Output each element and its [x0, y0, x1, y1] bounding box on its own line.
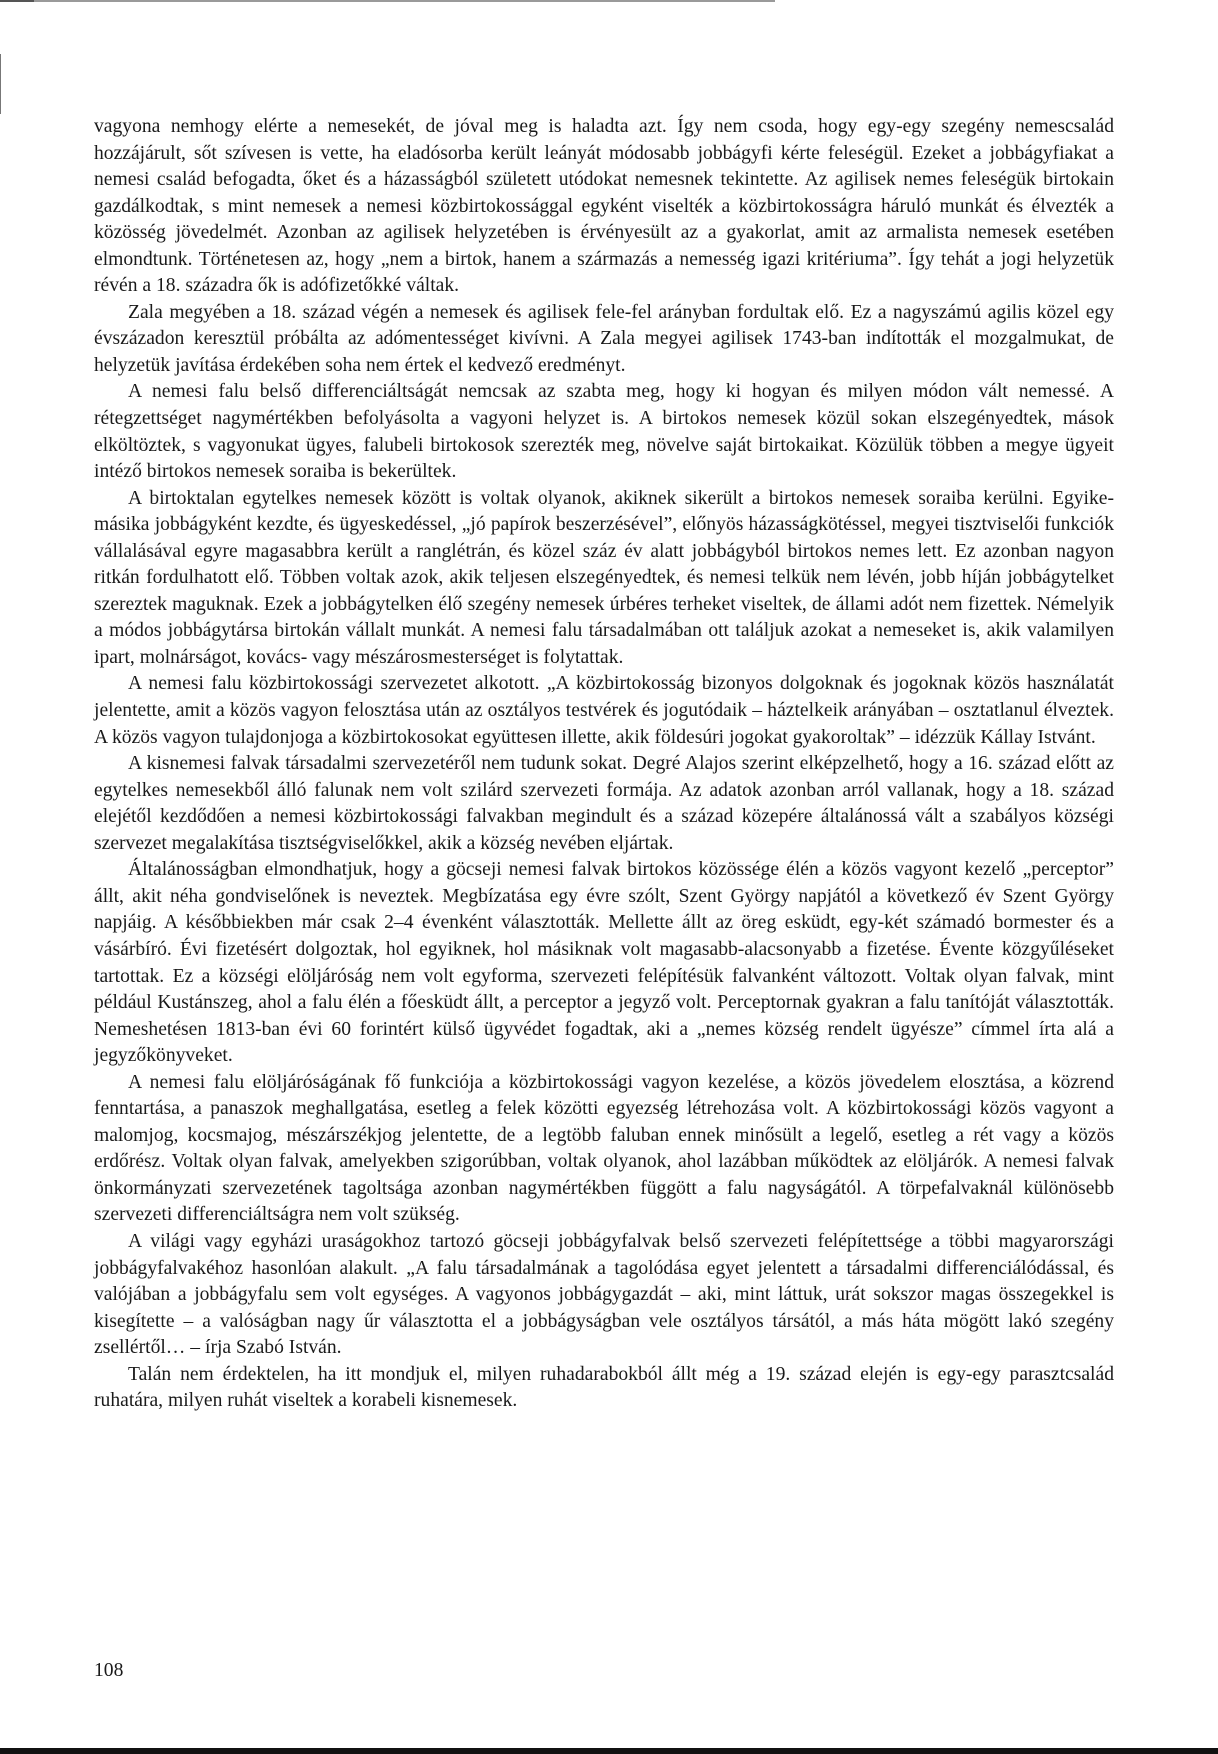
paragraph-10: Talán nem érdektelen, ha itt mondjuk el,… [94, 1362, 1114, 1415]
paragraph-3: A nemesi falu belső differenciáltságát n… [94, 379, 1114, 485]
top-scan-edge-dark [0, 0, 34, 2]
paragraph-8: A nemesi falu elöljáróságának fő funkció… [94, 1070, 1114, 1229]
paragraph-7: Általánosságban elmondhatjuk, hogy a göc… [94, 857, 1114, 1069]
paragraph-9: A világi vagy egyházi uraságokhoz tartoz… [94, 1229, 1114, 1362]
top-scan-edge [0, 0, 775, 2]
page-number: 108 [94, 1660, 123, 1682]
left-scan-mark [0, 54, 1, 114]
paragraph-1: vagyona nemhogy elérte a nemesekét, de j… [94, 114, 1114, 300]
paragraph-5: A nemesi falu közbirtokossági szervezete… [94, 671, 1114, 751]
bottom-scan-edge [0, 1748, 1218, 1754]
paragraph-4: A birtoktalan egytelkes nemesek között i… [94, 486, 1114, 672]
paragraph-6: A kisnemesi falvak társadalmi szervezeté… [94, 751, 1114, 857]
paragraph-2: Zala megyében a 18. század végén a nemes… [94, 300, 1114, 380]
page-body: vagyona nemhogy elérte a nemesekét, de j… [94, 114, 1114, 1415]
